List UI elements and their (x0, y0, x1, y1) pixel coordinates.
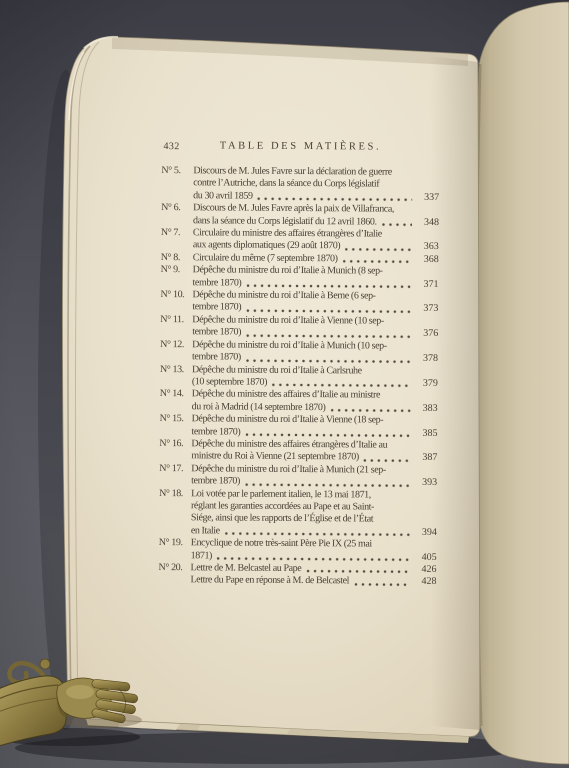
toc-entry: N° 9.Dépêche du ministre du roi d’Italie… (161, 264, 439, 291)
entry-page-number: 371 (415, 278, 439, 291)
table-of-contents-page: 432 TABLE DES MATIÈRES. N° 5.Discours de… (158, 140, 439, 589)
dot-leader (245, 482, 410, 487)
entry-number: N° 16. (159, 438, 191, 451)
dot-leader (245, 433, 410, 438)
entry-text: en Italie (191, 525, 220, 538)
dot-leader (364, 458, 411, 462)
entry-page-number: 387 (413, 452, 437, 465)
entry-text: Dépêche du ministre du roi d’Italie à Ca… (192, 364, 362, 378)
entry-text: du roi à Madrid (14 septembre 1870) (192, 401, 326, 414)
entry-text: tembre 1870) (192, 302, 241, 315)
entry-text: aux agents diplomatiques (29 août 1870) (193, 240, 341, 253)
entry-number: N° 14. (160, 388, 192, 401)
entry-page-number: 373 (414, 303, 438, 316)
toc-entry: N° 7.Circulaire du ministre des affaires… (161, 227, 439, 254)
entry-number: N° 6. (161, 202, 193, 215)
dot-leader (330, 408, 410, 413)
entry-page-number: 426 (413, 564, 437, 577)
entry-number: N° 7. (161, 227, 193, 240)
entry-number: N° 19. (159, 537, 191, 550)
dot-leader (258, 197, 413, 202)
toc-entry: N° 12.Dépêche du ministre du roi d’Itali… (160, 339, 438, 366)
dot-leader (217, 556, 410, 561)
entry-number: N° 15. (160, 413, 192, 426)
toc-entry: Lettre du Pape en réponse à M. de Belcas… (158, 574, 436, 588)
entry-text: tembre 1870) (192, 351, 241, 364)
entry-text: ministre du Roi à Vienne (21 septembre 1… (191, 451, 359, 465)
dot-leader (382, 223, 412, 227)
toc-entry: N° 16.Dépêche du ministre des affaires é… (159, 438, 437, 465)
entry-page-number: 428 (412, 576, 436, 589)
toc-entry: N° 11.Dépêche du ministre du roi d’Itali… (160, 314, 438, 341)
dot-leader (345, 247, 412, 251)
dot-leader (354, 582, 409, 586)
toc-entry: N° 18.Loi votée par le parlement italien… (159, 488, 437, 540)
facing-page (472, 2, 569, 764)
dot-leader (306, 569, 409, 574)
entry-text: du 30 avril 1859 (193, 190, 253, 203)
entry-text: tembre 1870) (191, 475, 240, 488)
entry-number: N° 8. (161, 252, 193, 265)
entry-page-number: 337 (415, 192, 439, 205)
entry-number: N° 13. (160, 364, 192, 377)
entry-number: N° 12. (160, 339, 192, 352)
toc-line: Lettre du Pape en réponse à M. de Belcas… (158, 574, 436, 588)
entry-text: Lettre du Pape en réponse à M. de Belcas… (190, 575, 349, 589)
entry-page-number: 348 (415, 216, 439, 229)
toc-entry: N° 15.Dépêche du ministre du roi d’Itali… (159, 413, 437, 440)
dot-leader (246, 309, 411, 314)
entry-text: (10 septembre 1870) (192, 376, 267, 389)
entry-text: Lettre de M. Belcastel au Pape (191, 562, 302, 575)
entry-text: Encyclique de notre très-saint Père Pie … (191, 537, 372, 551)
entry-number: N° 5. (161, 165, 193, 178)
toc-entry: N° 5.Discours de M. Jules Favre sur la d… (161, 165, 439, 204)
entry-number: N° 9. (161, 264, 193, 277)
dot-leader (246, 358, 411, 363)
entry-number: N° 18. (159, 488, 191, 501)
entry-page-number: 405 (413, 551, 437, 564)
toc-entry: N° 14.Dépêche du ministre des affaires d… (160, 388, 438, 415)
page-title: TABLE DES MATIÈRES. (161, 140, 439, 154)
entry-page-number: 378 (414, 353, 438, 366)
toc-entries: N° 5.Discours de M. Jules Favre sur la d… (158, 165, 439, 589)
entry-page-number: 394 (413, 527, 437, 540)
entry-text: tembre 1870) (193, 277, 242, 290)
entry-page-number: 363 (415, 241, 439, 254)
entry-page-number: 383 (414, 403, 438, 416)
toc-entry: N° 10.Dépêche du ministre du roi d’Itali… (160, 289, 438, 316)
entry-text: Circulaire du même (7 septembre 1870) (193, 252, 338, 265)
entry-number: N° 11. (160, 314, 192, 327)
dot-leader (246, 333, 411, 338)
entry-number: N° 10. (160, 289, 192, 302)
dot-leader (225, 532, 410, 537)
dot-leader (272, 383, 411, 388)
entry-text: tembre 1870) (191, 426, 240, 439)
entry-page-number: 379 (414, 378, 438, 391)
entry-page-number: 376 (414, 328, 438, 341)
entry-page-number: 385 (413, 427, 437, 440)
entry-page-number: 393 (413, 477, 437, 490)
entry-number: N° 20. (159, 562, 191, 575)
toc-entry: N° 6.Discours de M. Jules Favre après la… (161, 202, 439, 229)
dot-leader (343, 260, 412, 264)
toc-entry: N° 17.Dépêche du ministre du roi d’Itali… (159, 463, 437, 490)
entry-text: tembre 1870) (192, 327, 241, 340)
toc-entry: N° 19.Encyclique de notre très-saint Pèr… (159, 537, 437, 564)
page-header: 432 TABLE DES MATIÈRES. (161, 140, 439, 165)
toc-entry: N° 13.Dépêche du ministre du roi d’Itali… (160, 364, 438, 391)
dot-leader (246, 284, 411, 289)
entry-text: 1871) (191, 550, 212, 563)
entry-page-number: 368 (415, 254, 439, 267)
entry-number: N° 17. (159, 463, 191, 476)
